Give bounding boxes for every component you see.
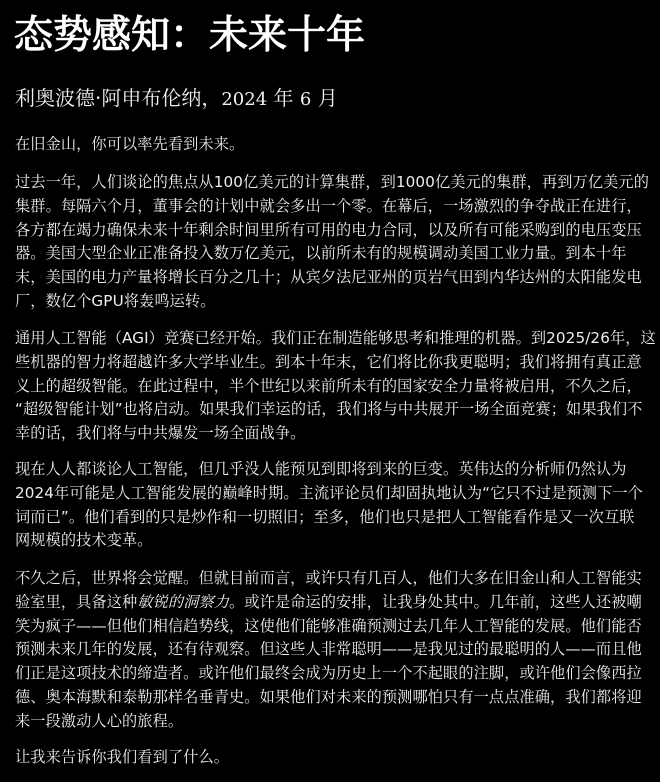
text-line-with-emphasis: 验室里，具备这种敏锐的洞察力。或许是命运的安排，让我身处其中。几年前，这些人还被… [15,591,655,615]
text-segment: 。或许是命运的安排，让我身处其中。几年前，这些人还被嘲 [229,593,642,611]
text-line: 们正是这项技术的缔造者。或许他们最终会成为历史上一个不起眼的注脚，或许他们会像西… [15,662,655,686]
author-date-line: 利奥波德·阿申布伦纳，2024 年 6 月 [15,84,338,114]
text-line: 厂，数亿个GPU将轰鸣运转。 [15,290,655,314]
text-line: 集群。每隔六个月，董事会的计划中就会多出一个零。在幕后，一场激烈的争夺战正在进行… [15,195,655,219]
text-line: 通用人工智能（AGI）竞赛已经开始。我们正在制造能够思考和推理的机器。到2025… [15,327,655,351]
text-line: 幸的话，我们将与中共爆发一场全面战争。 [15,422,655,446]
text-line: 现在人人都谈论人工智能，但几乎没人能预见到即将到来的巨变。英伟达的分析师仍然认为 [15,458,655,482]
paragraph-situational-awareness: 不久之后，世界将会觉醒。但就目前而言，或许只有几百人，他们大多在旧金山和人工智能… [15,567,655,734]
text-line: 让我来告诉你我们看到了什么。 [15,746,655,770]
month-suffix: 月 [311,86,337,110]
text-line: 词而已”。他们看到的只是炒作和一切照旧；至多，他们也只是把人工智能看作是又一次互… [15,506,655,530]
paragraph-intro: 在旧金山，你可以率先看到未来。 [15,133,655,157]
text-line: 2024年可能是人工智能发展的巅峰时期。主流评论员们却固执地认为“它只不过是预测… [15,482,655,506]
author-name: 利奥波德·阿申布伦纳， [15,86,221,110]
publication-year: 2024 [221,89,267,110]
paragraph-closing: 让我来告诉你我们看到了什么。 [15,746,655,770]
text-line: 义上的超级智能。在此过程中，半个世纪以来前所未有的国家安全力量将被启用，不久之后… [15,375,655,399]
document-page: 态势感知：未来十年 利奥波德·阿申布伦纳，2024 年 6 月 在旧金山，你可以… [0,0,660,782]
paragraph-compute-clusters: 过去一年，人们谈论的焦点从100亿美元的计算集群，到1000亿美元的集群，再到万… [15,171,655,314]
text-line: 不久之后，世界将会觉醒。但就目前而言，或许只有几百人，他们大多在旧金山和人工智能… [15,567,655,591]
text-line: 笑为疯子——但他们相信趋势线，这使他们能够准确预测过去几年人工智能的发展。他们能… [15,615,655,639]
text-line: 些机器的智力将超越许多大学毕业生。到本十年末，它们将比你我更聪明；我们将拥有真正… [15,351,655,375]
text-line: 来一段激动人心的旅程。 [15,710,655,734]
text-line: 预测未来几年的发展，还有待观察。但这些人非常聪明——是我见过的最聪明的人——而且… [15,638,655,662]
paragraph-skeptics: 现在人人都谈论人工智能，但几乎没人能预见到即将到来的巨变。英伟达的分析师仍然认为… [15,458,655,553]
paragraph-agi-race: 通用人工智能（AGI）竞赛已经开始。我们正在制造能够思考和推理的机器。到2025… [15,327,655,446]
text-segment: 验室里，具备这种 [15,593,137,611]
text-line: 器。美国大型企业正准备投入数万亿美元，以前所未有的规模调动美国工业力量。到本十年 [15,242,655,266]
text-line: 末，美国的电力产量将增长百分之几十；从宾夕法尼亚州的页岩气田到内华达州的太阳能发… [15,266,655,290]
emphasis-text: 敏锐的洞察力 [137,593,229,611]
publication-month: 6 [300,89,311,110]
year-suffix: 年 [267,86,300,110]
text-line: 在旧金山，你可以率先看到未来。 [15,133,655,157]
text-line: 德、奥本海默和泰勒那样名垂青史。如果他们对未来的预测哪怕只有一点点准确，我们都将… [15,686,655,710]
text-line: 过去一年，人们谈论的焦点从100亿美元的计算集群，到1000亿美元的集群，再到万… [15,171,655,195]
text-line: 各方都在竭力确保未来十年剩余时间里所有可用的电力合同，以及所有可能采购到的电压变… [15,219,655,243]
text-line: “超级智能计划”也将启动。如果我们幸运的话，我们将与中共展开一场全面竞赛；如果我… [15,398,655,422]
text-line: 网规模的技术变革。 [15,529,655,553]
page-title: 态势感知：未来十年 [14,12,365,60]
